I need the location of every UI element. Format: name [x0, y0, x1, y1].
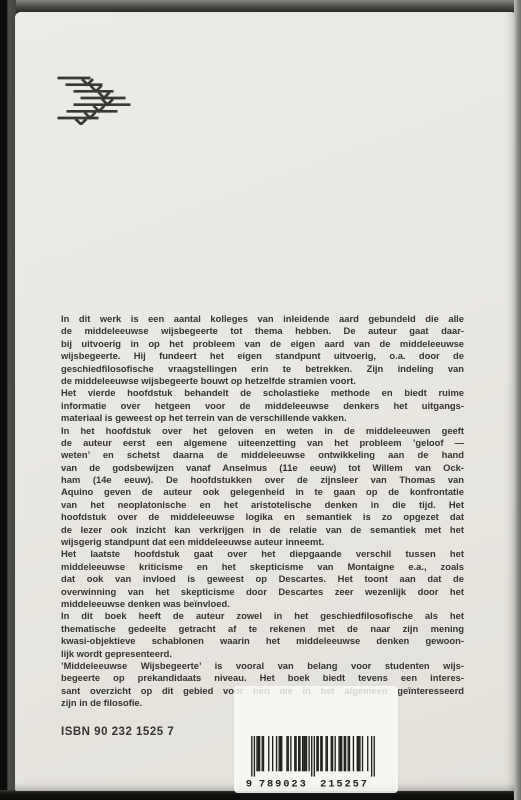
blurb-line: wijsbegeerte. Hij fundeert het eigen sta…: [61, 350, 464, 362]
blurb-line: bij uitvoerig in op het probleem van de …: [61, 338, 464, 350]
blurb-line: Aquino geven de auteur ook gelegenheid i…: [61, 486, 464, 498]
blurb-line: In het hoofdstuk over het geloven en wet…: [61, 425, 464, 437]
back-cover-blurb: In dit werk is een aantal kolleges van i…: [61, 313, 464, 710]
blurb-line: middeleeuwse kriticisme en het skepticis…: [61, 561, 464, 573]
blurb-line: geschiedfilosofische vraagstellingen eri…: [61, 363, 464, 375]
blurb-line: In dit boek heeft de auteur zowel in het…: [61, 610, 464, 622]
blurb-line: de middeleeuwse wijsbegeerte bouwt op he…: [61, 375, 464, 387]
blurb-line: materiaal is geweest op het terrein van …: [61, 412, 464, 424]
blurb-line: de lezer ook inzicht kan verkrijgen in d…: [61, 524, 464, 536]
blurb-line: thematische gedeelte getracht af te reke…: [61, 623, 464, 635]
blurb-line: begeerte op prekandidaats niveau. Het bo…: [61, 672, 464, 684]
blurb-line: wijsgerig standpunt dat een middeleeuwse…: [61, 536, 464, 548]
blurb-line: van het neoplatonische en het aristoteli…: [61, 499, 464, 511]
blurb-line: hoofdstuk over de middeleeuwse logika en…: [61, 511, 464, 523]
book-back-cover-photo: In dit werk is een aantal kolleges van i…: [0, 0, 521, 800]
blurb-line: van de godsbewijzen vanaf Anselmus (11e …: [61, 462, 464, 474]
blurb-line: middeleeuwse denken was beïnvloed.: [61, 598, 464, 610]
blurb-line: informatie over hetgeen voor de middelee…: [61, 400, 464, 412]
publisher-logo-icon: [57, 76, 133, 125]
blurb-line: Het vierde hoofdstuk behandelt de schola…: [61, 387, 464, 399]
barcode-digits-right: 215257: [320, 778, 367, 787]
isbn-text: ISBN 90 232 1525 7: [61, 726, 174, 738]
blurb-line: ham (14e eeuw). De hoofdstukken over de …: [61, 474, 464, 486]
barcode-digit-leading: 9: [246, 778, 252, 787]
blurb-line: overwinning van het skepticisme door Des…: [61, 586, 464, 598]
barcode-digits-left: 789023: [259, 778, 306, 787]
blurb-line: de middeleeuwse wijsbegeerte tot thema h…: [61, 325, 464, 337]
blurb-line: dat ook van invloed is geweest op Descar…: [61, 573, 464, 585]
ean13-barcode: 9 789023 215257: [242, 736, 384, 787]
blurb-line: lijk wordt gepresenteerd.: [61, 648, 464, 660]
blurb-line: de auteur eerst een algemene uiteenzetti…: [61, 437, 464, 449]
barcode-sticker: 9 789023 215257: [234, 686, 398, 793]
blurb-line: ’Middeleeuwse Wijsbegeerte’ is vooral va…: [61, 660, 464, 672]
photo-edge-left: [0, 0, 16, 800]
blurb-line: kwasi-objektieve schablonen waarin het m…: [61, 635, 464, 647]
blurb-line: In dit werk is een aantal kolleges van i…: [61, 313, 464, 325]
photo-edge-right: [514, 0, 521, 800]
blurb-line: weten’ en schetst daarna de middeleeuwse…: [61, 449, 464, 461]
blurb-line: Het laatste hoofdstuk gaat over het diep…: [61, 548, 464, 560]
book-cover: In dit werk is een aantal kolleges van i…: [15, 12, 515, 791]
